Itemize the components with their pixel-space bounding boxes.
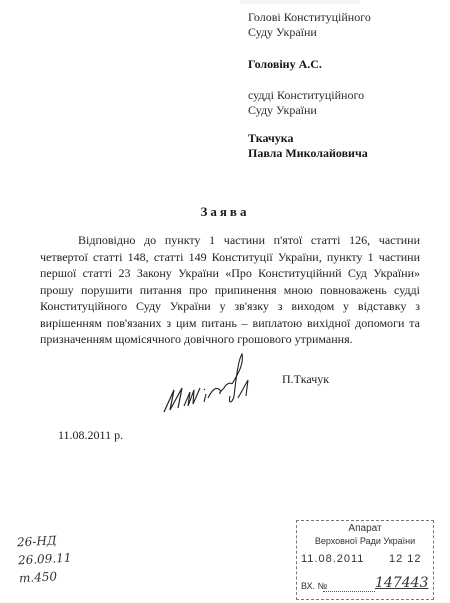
body-line: вирішенням пов'язаних з цим питань – вип…	[40, 315, 420, 332]
scanned-letter-page: Голові Конституційного Суду України Голо…	[0, 0, 450, 603]
addressee-sender-title: судді Конституційного Суду України	[248, 88, 364, 118]
registration-stamp: Апарат Верховної Ради України 11.08.2011…	[296, 520, 434, 600]
body-line: Конституційного Суду України у зв'язку з…	[40, 298, 420, 315]
note-line: 26.09.11	[18, 549, 72, 570]
stamp-date: 11.08.2011	[301, 553, 364, 565]
document-body: Відповідно до пункту 1 частини п'ятої ст…	[40, 232, 420, 348]
stamp-incoming-number: 147443	[375, 575, 428, 591]
addressee-line: Голові Конституційного	[248, 10, 371, 25]
note-line: т.450	[19, 567, 73, 588]
signer-name: П.Ткачук	[282, 372, 329, 387]
stamp-dotted-line	[323, 591, 375, 592]
addressee-line: Суду України	[248, 25, 371, 40]
body-line: четвертої статті 148, статті 149 Констит…	[40, 249, 420, 266]
stamp-organization: Верховної Ради України	[297, 536, 433, 546]
addressee-chairman-title: Голові Конституційного Суду України	[248, 10, 371, 40]
paper-show-through	[240, 0, 360, 4]
addressee-line: Суду України	[248, 103, 364, 118]
addressee-line: Ткачука	[248, 131, 368, 146]
stamp-time: 12 12	[389, 553, 422, 565]
stamp-title: Апарат	[297, 523, 433, 534]
addressee-line: судді Конституційного	[248, 88, 364, 103]
body-line: першої статті 23 Закону України «Про Кон…	[40, 265, 420, 282]
stamp-incoming-label: ВХ. №	[301, 581, 327, 591]
document-date: 11.08.2011 р.	[58, 428, 123, 443]
addressee-chairman-name: Головіну А.С.	[248, 57, 322, 72]
body-line: прошу порушити питання про припинення мн…	[40, 282, 420, 299]
handwritten-registration-note: 26-НД 26.09.11 т.450	[17, 531, 73, 588]
document-title: Заява	[0, 204, 450, 220]
body-line: призначенням щомісячного довічного грошо…	[40, 331, 420, 348]
addressee-sender-name: Ткачука Павла Миколайовича	[248, 131, 368, 161]
body-line: Відповідно до пункту 1 частини п'ятої ст…	[40, 232, 420, 249]
addressee-line: Павла Миколайовича	[248, 146, 368, 161]
handwritten-signature-icon	[160, 350, 265, 416]
